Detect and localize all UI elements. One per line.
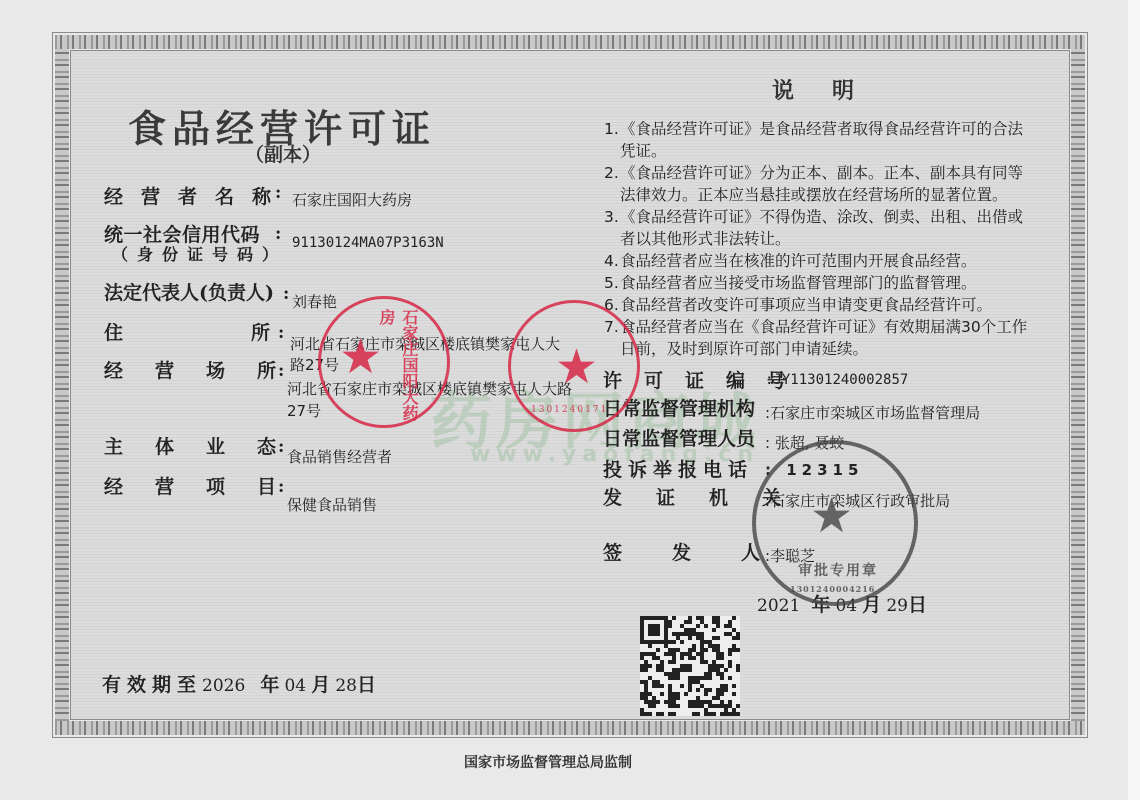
separator: : — [275, 183, 281, 203]
operator-name-value: 石家庄国阳大药房 — [292, 189, 412, 210]
validity-date: 有效期至2026 年 04 月 28日 — [102, 670, 376, 697]
separator: : — [283, 284, 289, 304]
note-item: 6.食品经营者改变许可事项应当申请变更食品经营许可。 — [604, 294, 1034, 316]
separator: : — [278, 323, 284, 343]
credit-code-value: 91130124MA07P3163N — [292, 235, 444, 251]
paper-edge — [1128, 0, 1140, 800]
premises-value-line2: 27号 — [287, 400, 321, 421]
qr-code-icon — [640, 616, 740, 716]
note-item: 1.《食品经营许可证》是食品经营者取得食品经营许可的合法凭证。 — [604, 118, 1034, 162]
footer-issuer: 国家市场监督管理总局监制 — [464, 752, 632, 772]
seal-approval-bureau: ★ 审批专用章 1301240004216 — [752, 440, 918, 606]
residence-label: 住所 — [104, 318, 272, 345]
id-number-label: （身份证号码） — [112, 242, 287, 265]
seal-company-right: ★ 1301240171 — [508, 300, 640, 432]
note-item: 2.《食品经营许可证》分为正本、副本。正本、副本具有同等法律效力。正本应当悬挂或… — [604, 162, 1034, 206]
legal-rep-label: 法定代表人(负责人) — [104, 278, 274, 305]
separator: : — [278, 437, 284, 457]
notes-list: 1.《食品经营许可证》是食品经营者取得食品经营许可的合法凭证。 2.《食品经营许… — [604, 118, 1034, 360]
star-icon: ★ — [810, 492, 853, 540]
separator: : — [278, 477, 284, 497]
supervisor-org-value: :石家庄市栾城区市场监督管理局 — [765, 402, 980, 423]
document-subtitle: （副本） — [245, 140, 321, 167]
legal-rep-value: 刘春艳 — [292, 291, 337, 312]
hotline-label: 投诉举报电话 — [603, 455, 753, 482]
note-item: 5.食品经营者应当接受市场监督管理部门的监督管理。 — [604, 272, 1034, 294]
star-icon: ★ — [555, 343, 598, 391]
seal-company-left: ★ 石家庄国阳大药房 — [318, 296, 450, 428]
separator: : — [275, 224, 281, 244]
license-no-value: :JY11301240002857 — [765, 372, 908, 388]
note-item: 4.食品经营者应当在核准的许可范围内开展食品经营。 — [604, 250, 1034, 272]
note-item: 3.《食品经营许可证》不得伪造、涂改、倒卖、出租、出借或者以其他形式非法转让。 — [604, 206, 1034, 250]
operator-name-label: 经营者名称 — [104, 182, 274, 209]
validity-label: 有效期至 — [102, 674, 202, 696]
qr-code[interactable] — [640, 616, 740, 716]
business-items-value: 保健食品销售 — [287, 494, 377, 515]
notes-title: 说明 — [772, 74, 892, 105]
note-item: 7.食品经营者应当在《食品经营许可证》有效期届满30个工作日前，及时到原许可部门… — [604, 316, 1034, 360]
supervisor-staff-label: 日常监督管理人员 — [603, 424, 755, 451]
separator: : — [278, 361, 284, 381]
entity-type-value: 食品销售经营者 — [287, 446, 392, 467]
